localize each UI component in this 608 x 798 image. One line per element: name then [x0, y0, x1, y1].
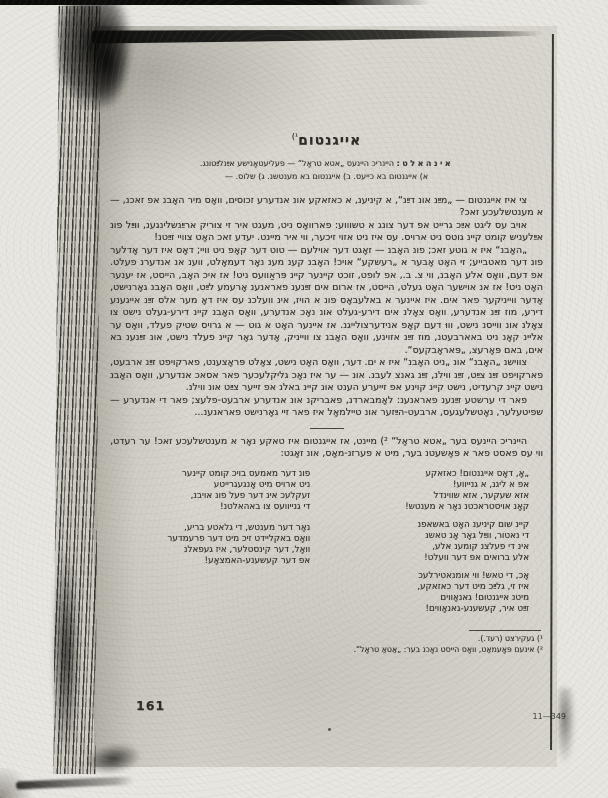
page-number: 161 [136, 698, 165, 713]
scanned-book-page-photocopy: אייגנטום¹) אינהאלט: היינריכ היינעס „אטא … [0, 0, 608, 798]
footnote-separator [469, 630, 541, 631]
poem-line: זײַט איר, קעשענע-גאנאָווים! [352, 604, 529, 615]
page-content: אייגנטום¹) אינהאלט: היינריכ היינעס „אטא … [94, 26, 557, 655]
scan-artifact-bottom-left-corner [0, 768, 32, 798]
poem-line: אינ די פעלצנ קומענ אלע, [352, 542, 529, 553]
body-paragraph: „האָבנ“ איז א גוטע זאכ; פונ האָבנ — זאָג… [110, 245, 543, 358]
poem-column-left: פונ דער מאמעס בויכ קומט קיינער ניט ארויס… [110, 469, 348, 622]
section-divider [310, 428, 344, 429]
scan-artifact-top-edge-bar [0, 0, 430, 5]
scan-artifact-binding-smudge [86, 14, 128, 109]
poem-line: קיינ שום קיניענ האָט באשאפנ [352, 520, 529, 531]
poem-line: זעקלעכ אינ דער פעל פונ אויבנ, [110, 491, 310, 502]
contents-label: אינהאלט: [397, 159, 454, 168]
poem-intro: היינריכ היינעס בער „אטא טראָל“ ²) מיינט,… [110, 436, 543, 461]
contents-line: אינהאלט: היינריכ היינעס „אטא טראָל“ — פע… [110, 159, 543, 169]
poem-line: אלע ברואים אפ דער וועלט! [352, 553, 529, 564]
poem-stanza: אָכ, די טאש! ווי אומנאטירלעכ איז זי, גלײ… [352, 571, 529, 615]
poem-line: די נאטור, ווײַל גאָר אָנ טאשנ [352, 531, 529, 542]
poem-line: אזא שעקער, אזא שווינדל [352, 491, 529, 502]
poem: „אָ, דאָס אייגנטום! כאזאקע אפ א ליגנ, א … [110, 469, 543, 622]
poem-line: „אָ, דאָס אייגנטום! כאזאקע [352, 469, 529, 480]
poem-line: פונ דער מאמעס בויכ קומט קיינער [110, 469, 310, 480]
poem-stanza: נאָר דער מענטש, די גלאטע בריע, וואָס באק… [110, 523, 310, 567]
poem-line: מיטנ אייגנטום! גאנאָווים [352, 593, 529, 604]
contents-text: היינריכ היינעס „אטא טראָל“ — פעליעטאָניש… [200, 159, 394, 168]
contents-outline: א) אייגנטום בא כייעס. ב) אייגנטום בא מענ… [110, 172, 543, 182]
scan-artifact-bottom-left-streak [16, 776, 134, 789]
scan-artifact-ink-dot [328, 728, 331, 731]
poem-line: נאָר דער מענטש, די גלאטע בריע, [110, 523, 310, 534]
body-paragraph: פאר די ערשטע זײַנענ פאראנענ: לאָמבארדנ, … [110, 395, 543, 420]
poem-line: איז זי, גלײַכ מיט דער כאזאקע, [352, 582, 529, 593]
poem-column-right: „אָ, דאָס אייגנטום! כאזאקע אפ א ליגנ, א … [348, 469, 543, 622]
poem-stanza: קיינ שום קיניענ האָט באשאפנ די נאטור, וו… [352, 520, 529, 564]
footnote: ²) אינעם פּאָעמאַט, וואָס הייסט נאָכנ בע… [110, 645, 543, 655]
body-paragraph: צווישנ „האָבנ“ אונ „ניט האָבנ“ איז א ים.… [110, 357, 543, 395]
poem-line: וואָל, דער קינסטלער, איז געפאלנ [110, 545, 310, 556]
page-title-text: אייגנטום [298, 133, 361, 149]
poem-line: קאָנ אויסטראכטנ נאָר א מענטש! [352, 502, 529, 513]
footnote: ¹) געקירצט (רעד.). [110, 634, 543, 644]
poem-line: ניט ארויס מיט אָנגעגרייטע [110, 480, 310, 491]
scan-artifact-binding-shadow-bottom [52, 545, 80, 760]
poem-stanza: פונ דער מאמעס בויכ קומט קיינער ניט ארויס… [110, 469, 310, 513]
poem-line: אפ א ליגנ, א גנייווע! [352, 480, 529, 491]
scan-artifact-right-smudge [558, 688, 575, 764]
poem-line: די גנייוועס צו באהאלטנ! [110, 502, 310, 513]
poem-stanza: „אָ, דאָס אייגנטום! כאזאקע אפ א ליגנ, א … [352, 469, 529, 513]
poem-line: אָכ, די טאש! ווי אומנאטירלעכ [352, 571, 529, 582]
book-page: אייגנטום¹) אינהאלט: היינריכ היינעס „אטא … [94, 26, 557, 767]
body-paragraph: צי איז אייגנטום — „מײַנ אונ דײַנ“, א קינ… [110, 195, 543, 220]
poem-line: וואָס באקליידט זיכ מיט דער פרעמדער [110, 534, 310, 545]
poem-line: אפ דער קעשענע-האמצאָע! [110, 556, 310, 567]
body-paragraph: אויב עס ליגט אײַכ גרייט אפ דער צונג א טש… [110, 220, 543, 245]
page-title: אייגנטום¹) [110, 132, 543, 149]
